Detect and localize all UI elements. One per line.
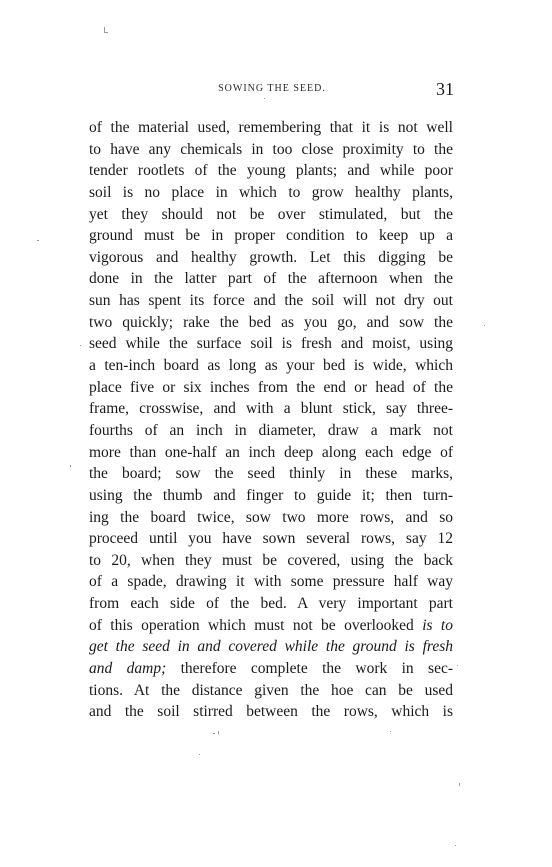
text-segment: a ten-inch board as long as your bed is … [89,357,453,374]
text-line: seed while the surface soil is fresh and… [89,333,453,355]
page-number: 31 [436,79,454,100]
text-line: fourths of an inch in diameter, draw a m… [89,420,453,442]
running-head: SOWING THE SEED. 31 [90,79,454,99]
text-segment: therefore complete the work in sec- [166,660,453,677]
text-line: proceed until you have sown several rows… [89,528,453,550]
scan-speck [213,733,215,734]
text-segment: tions. At the distance given the hoe can… [89,682,453,699]
text-segment: to 20, when they must be covered, using … [89,552,453,569]
text-segment: the board; sow the seed thinly in these … [89,465,453,482]
text-line: of a spade, drawing it with some pressur… [89,571,453,593]
text-line: soil is no place in which to grow health… [89,182,453,204]
text-line: tions. At the distance given the hoe can… [89,680,453,702]
text-segment: to have any chemicals in too close proxi… [89,141,453,158]
text-segment: using the thumb and finger to guide it; … [89,487,453,504]
scan-speck [199,754,200,755]
text-line: yet they should not be over stimulated, … [89,204,453,226]
text-segment: vigorous and healthy growth. Let this di… [89,249,453,266]
text-line: frame, crosswise, and with a blunt stick… [89,398,453,420]
text-segment: ground must be in proper condition to ke… [89,227,453,244]
text-line: sun has spent its force and the soil wil… [89,290,453,312]
scan-speck [459,783,460,786]
text-segment: seed while the surface soil is fresh and… [89,335,453,352]
italic-text: and damp; [89,660,166,677]
text-line: ing the board twice, sow two more rows, … [89,507,453,529]
text-line: ground must be in proper condition to ke… [89,225,453,247]
text-line: place five or six inches from the end or… [89,377,453,399]
scan-speck [218,731,219,734]
text-segment: fourths of an inch in diameter, draw a m… [89,422,453,439]
text-line: and the soil stirred between the rows, w… [89,701,453,723]
text-segment: done in the latter part of the afternoon… [89,270,453,287]
text-segment: yet they should not be over stimulated, … [89,206,453,223]
scan-speck [105,32,108,33]
text-line: tender rootlets of the young plants; and… [89,160,453,182]
scan-speck [390,731,391,732]
italic-text: is to [422,617,453,634]
text-line: to 20, when they must be covered, using … [89,550,453,572]
text-line: of this operation which must not be over… [89,615,453,637]
text-segment: more than one-half an inch deep along ea… [89,444,453,461]
text-line: from each side of the bed. A very import… [89,593,453,615]
text-line: more than one-half an inch deep along ea… [89,442,453,464]
scan-speck [457,665,458,666]
text-segment: from each side of the bed. A very import… [89,595,453,612]
text-segment: two quickly; rake the bed as you go, and… [89,314,453,331]
text-line: get the seed in and covered while the gr… [89,636,453,658]
text-segment: tender rootlets of the young plants; and… [89,162,453,179]
text-segment: of a spade, drawing it with some pressur… [89,573,453,590]
text-line: of the material used, remembering that i… [89,117,453,139]
text-segment: place five or six inches from the end or… [89,379,453,396]
text-segment: frame, crosswise, and with a blunt stick… [89,400,453,417]
text-segment: ing the board twice, sow two more rows, … [89,509,453,526]
scan-speck [37,240,39,241]
text-line: to have any chemicals in too close proxi… [89,139,453,161]
scan-speck [455,845,456,846]
text-line: two quickly; rake the bed as you go, and… [89,312,453,334]
body-paragraph: of the material used, remembering that i… [89,117,453,723]
text-line: using the thumb and finger to guide it; … [89,485,453,507]
text-segment: and the soil stirred between the rows, w… [89,703,453,720]
text-line: a ten-inch board as long as your bed is … [89,355,453,377]
scan-speck [80,345,81,346]
running-title: SOWING THE SEED. [90,83,454,94]
text-segment: of the material used, remembering that i… [89,119,453,136]
text-line: and damp; therefore complete the work in… [89,658,453,680]
scan-speck [484,325,485,326]
book-page: SOWING THE SEED. 31 of the material used… [0,0,552,867]
text-line: vigorous and healthy growth. Let this di… [89,247,453,269]
text-segment: of this operation which must not be over… [89,617,422,634]
text-line: done in the latter part of the afternoon… [89,268,453,290]
scan-speck [70,465,71,467]
text-segment: soil is no place in which to grow health… [89,184,453,201]
text-line: the board; sow the seed thinly in these … [89,463,453,485]
italic-text: get the seed in and covered while the gr… [89,638,453,655]
text-segment: proceed until you have sown several rows… [89,530,453,547]
text-segment: sun has spent its force and the soil wil… [89,292,453,309]
